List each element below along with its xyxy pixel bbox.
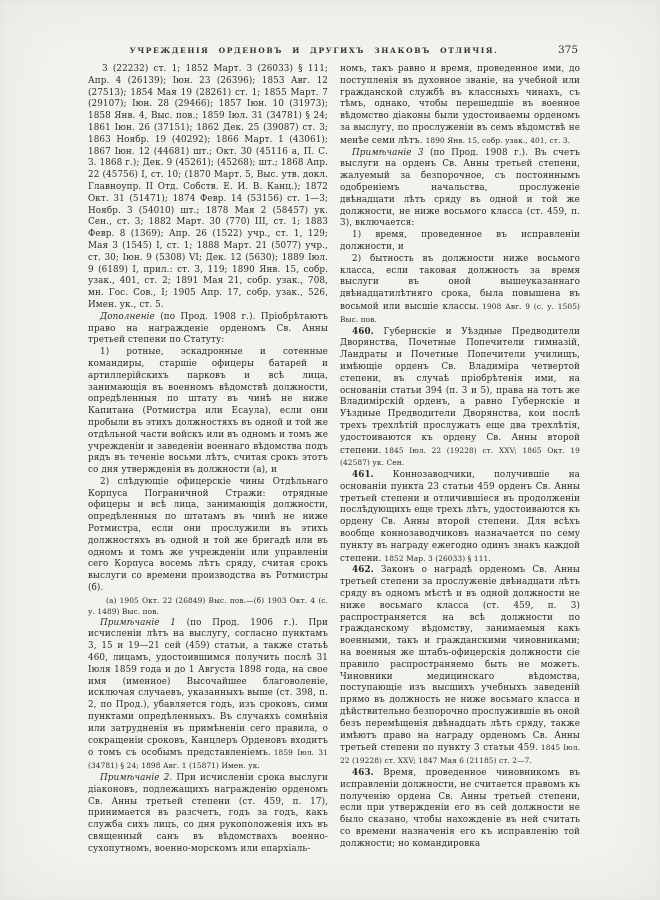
paragraph-text: номъ, такъ равно и время, проведенное им…	[340, 64, 580, 146]
addendum-item-1: 1) ротные, эскадронные и сотенные команд…	[88, 347, 328, 477]
paragraph-lead: 461.	[352, 470, 374, 480]
article-462-paragraph: 462. Законъ о наградѣ орденомъ Св. Анны …	[340, 565, 580, 768]
paragraph-lead: 460.	[352, 327, 374, 337]
paragraph-text: Губернскіе и Уѣздные Предводители Дворян…	[340, 327, 580, 456]
paragraph-text: При исчисленіи срока выслуги діаконовъ, …	[88, 773, 328, 854]
paragraph-lead: Примѣчаніе 1	[100, 618, 176, 628]
scanned-book-page: УЧРЕЖДЕНІЯ ОРДЕНОВЪ И ДРУГИХЪ ЗНАКОВЪ ОТ…	[0, 0, 660, 900]
text-columns: 3 (22232) ст. 1; 1852 Март. 3 (26033) § …	[88, 64, 580, 856]
paragraph-text: (а) 1905 Окт. 22 (26849) Выс. пов.—(б) 1…	[88, 596, 328, 616]
note-3-item-1: 1) время, проведенное въ исправленіи дол…	[340, 230, 580, 254]
inline-citation-text: 1852 Мар. 3 (26033) § 111.	[384, 554, 490, 563]
article-461-paragraph: 461. Коннозаводчики, получившіе на основ…	[340, 470, 580, 565]
note-3-paragraph: Примѣчаніе 3 (по Прод. 1908 г.). Въ счет…	[340, 148, 580, 231]
paragraph-text: Время, проведенное чиновникомъ въ исправ…	[340, 768, 580, 849]
note-2-continuation: номъ, такъ равно и время, проведенное им…	[340, 64, 580, 148]
paragraph-text: (по Прод. 1908 г.). Въ счетъ выслуги на …	[340, 148, 580, 229]
paragraph-text: Законъ о наградѣ орденомъ Св. Анны треть…	[340, 565, 580, 753]
paragraph-text: Коннозаводчики, получившіе на основаніи …	[340, 470, 580, 564]
statute-citation-block: 3 (22232) ст. 1; 1852 Март. 3 (26033) § …	[88, 64, 328, 312]
running-head-title: УЧРЕЖДЕНІЯ ОРДЕНОВЪ И ДРУГИХЪ ЗНАКОВЪ ОТ…	[88, 46, 540, 55]
paragraph-lead: 463.	[352, 768, 374, 778]
column-left: 3 (22232) ст. 1; 1852 Март. 3 (26033) § …	[88, 64, 328, 856]
note-2-paragraph: Примѣчаніе 2. При исчисленіи срока выслу…	[88, 773, 328, 856]
footnote-citation-block: (а) 1905 Окт. 22 (26849) Выс. пов.—(б) 1…	[88, 595, 328, 618]
paragraph-text: 1) время, проведенное въ исправленіи дол…	[340, 230, 580, 252]
paragraph-lead: Примѣчаніе 3	[352, 148, 424, 158]
note-1-paragraph: Примѣчаніе 1 (по Прод. 1906 г.). При исч…	[88, 618, 328, 773]
article-460-paragraph: 460. Губернскіе и Уѣздные Предводители Д…	[340, 327, 580, 471]
page-number: 375	[558, 44, 578, 56]
page-header: УЧРЕЖДЕНІЯ ОРДЕНОВЪ И ДРУГИХЪ ЗНАКОВЪ ОТ…	[88, 46, 580, 60]
note-3-item-2: 2) бытность въ должности ниже восьмого к…	[340, 254, 580, 327]
paragraph-text: 2) слѣдующіе офицерскіе чины Отдѣльнаго …	[88, 477, 328, 593]
addendum-item-2: 2) слѣдующіе офицерскіе чины Отдѣльнаго …	[88, 477, 328, 595]
addendum-paragraph: Дополненіе (по Прод. 1908 г.). Пріобрѣта…	[88, 312, 328, 347]
paragraph-lead: Примѣчаніе 2.	[100, 773, 172, 783]
paragraph-text: 1) ротные, эскадронные и сотенные команд…	[88, 347, 328, 475]
paragraph-lead: Дополненіе	[100, 312, 155, 322]
article-463-paragraph: 463. Время, проведенное чиновникомъ въ и…	[340, 768, 580, 851]
paragraph-text: 3 (22232) ст. 1; 1852 Март. 3 (26033) § …	[88, 64, 328, 310]
inline-citation-text: 1890 Янв. 15, собр. узак., 401, ст. 3.	[426, 136, 571, 145]
paragraph-text: (по Прод. 1906 г.). При исчисленіи лѣтъ …	[88, 618, 328, 759]
column-right: номъ, такъ равно и время, проведенное им…	[340, 64, 580, 856]
paragraph-lead: 462.	[352, 565, 374, 575]
